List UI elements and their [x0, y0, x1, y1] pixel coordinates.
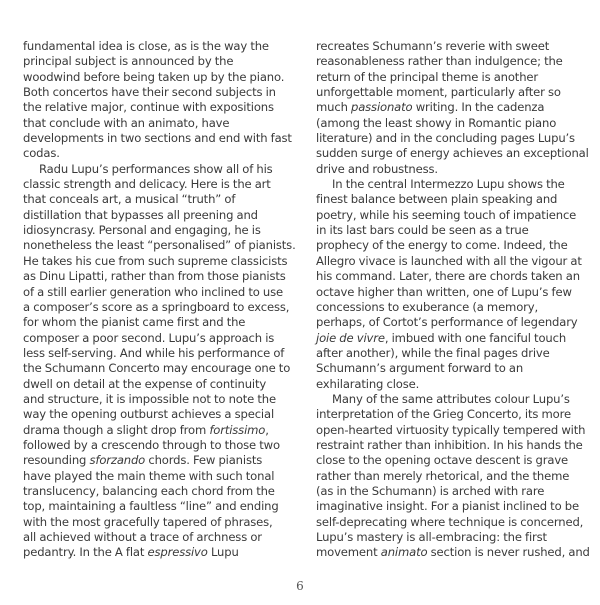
text-segment: Radu Lupu’s performances show all of his	[39, 162, 273, 176]
text-segment: resounding	[23, 453, 90, 467]
text-segment: octave higher than written, one of Lupu’…	[316, 285, 572, 299]
text-segment: as Dinu Lipatti, rather than from those …	[23, 269, 286, 283]
text-line: Lupu’s mastery is all-embracing: the fir…	[316, 530, 598, 545]
text-line: (as in the Schumann) is arched with rare	[316, 484, 598, 499]
text-segment: writing. In the cadenza	[412, 100, 544, 114]
text-line: principal subject is announced by the	[23, 54, 305, 69]
text-segment: drama though a slight drop from	[23, 423, 209, 437]
text-segment: literature) and in the concluding pages …	[316, 131, 575, 145]
text-segment: close to the opening octave descent is g…	[316, 453, 568, 467]
text-segment: developments in two sections and end wit…	[23, 131, 292, 145]
left-text-column: fundamental idea is close, as is the way…	[23, 39, 305, 561]
text-line: nonetheless the least “personalised” of …	[23, 238, 305, 253]
text-segment: principal subject is announced by the	[23, 54, 233, 68]
text-line: open-hearted virtuosity typically temper…	[316, 423, 598, 438]
text-segment: that conceals art, a musical “truth” of	[23, 192, 235, 206]
text-segment: poetry, while his seeming touch of impat…	[316, 208, 576, 222]
italic-term: passionato	[351, 100, 412, 114]
text-segment: and structure, it is impossible not to n…	[23, 392, 276, 406]
text-segment: He takes his cue from such supreme class…	[23, 254, 287, 268]
text-line: Both concertos have their second subject…	[23, 85, 305, 100]
text-line: and structure, it is impossible not to n…	[23, 392, 305, 407]
text-segment: much	[316, 100, 351, 114]
text-line: all achieved without a trace of archness…	[23, 530, 305, 545]
text-line: have played the main theme with such ton…	[23, 469, 305, 484]
text-line: recreates Schumann’s reverie with sweet	[316, 39, 598, 54]
text-segment: In the central Intermezzo Lupu shows the	[332, 177, 565, 191]
text-segment: a composer’s score as a springboard to e…	[23, 300, 289, 314]
text-segment: way the opening outburst achieves a spec…	[23, 407, 274, 421]
text-line: drama though a slight drop from fortissi…	[23, 423, 305, 438]
text-segment: concessions to exuberance (a memory,	[316, 300, 538, 314]
text-segment: recreates Schumann’s reverie with sweet	[316, 39, 549, 53]
text-segment: the Schumann Concerto may encourage one …	[23, 361, 290, 375]
text-line: that conceals art, a musical “truth” of	[23, 192, 305, 207]
text-line: fundamental idea is close, as is the way…	[23, 39, 305, 54]
text-segment: in its last bars could be seen as a true	[316, 223, 529, 237]
text-line: with the most gracefully tapered of phra…	[23, 515, 305, 530]
text-segment: restraint rather than inhibition. In his…	[316, 438, 583, 452]
text-segment: idiosyncrasy. Personal and engaging, he …	[23, 223, 261, 237]
text-segment: exhilarating close.	[316, 377, 419, 391]
text-line: rather than merely rhetorical, and the t…	[316, 469, 598, 484]
text-line: that conclude with an animato, have	[23, 116, 305, 131]
text-line: resounding sforzando chords. Few pianist…	[23, 453, 305, 468]
text-line: translucency, balancing each chord from …	[23, 484, 305, 499]
italic-term: fortissimo	[209, 423, 265, 437]
text-segment: translucency, balancing each chord from …	[23, 484, 275, 498]
text-segment: followed by a crescendo through to those…	[23, 438, 280, 452]
italic-term: animato	[381, 545, 428, 559]
text-segment: pedantry. In the A flat	[23, 545, 148, 559]
text-segment: ,	[265, 423, 269, 437]
italic-term: espressivo	[148, 545, 208, 559]
italic-term: joie de vivre	[316, 331, 385, 345]
text-segment: (among the least showy in Romantic piano	[316, 116, 556, 130]
text-segment: open-hearted virtuosity typically temper…	[316, 423, 585, 437]
text-line: his command. Later, there are chords tak…	[316, 269, 598, 284]
text-segment: of a still earlier generation who inclin…	[23, 285, 283, 299]
text-segment: have played the main theme with such ton…	[23, 469, 274, 483]
text-segment: after another), while the final pages dr…	[316, 346, 550, 360]
right-text-column: recreates Schumann’s reverie with sweetr…	[316, 39, 598, 561]
text-segment: Both concertos have their second subject…	[23, 85, 276, 99]
page-number: 6	[0, 579, 600, 593]
text-segment: the relative major, continue with exposi…	[23, 100, 274, 114]
text-line: in its last bars could be seen as a true	[316, 223, 598, 238]
text-segment: distillation that bypasses all preening …	[23, 208, 258, 222]
text-line: joie de vivre, imbued with one fanciful …	[316, 331, 598, 346]
text-segment: rather than merely rhetorical, and the t…	[316, 469, 569, 483]
text-line: the Schumann Concerto may encourage one …	[23, 361, 305, 376]
text-segment: top, maintaining a faultless “line” and …	[23, 499, 279, 513]
text-line: classic strength and delicacy. Here is t…	[23, 177, 305, 192]
text-segment: Lupu’s mastery is all-embracing: the fir…	[316, 530, 547, 544]
text-line: self-deprecating where technique is conc…	[316, 515, 598, 530]
text-line: as Dinu Lipatti, rather than from those …	[23, 269, 305, 284]
text-segment: imaginative insight. For a pianist incli…	[316, 499, 579, 513]
text-line: finest balance between plain speaking an…	[316, 192, 598, 207]
text-line: He takes his cue from such supreme class…	[23, 254, 305, 269]
text-segment: woodwind before being taken up by the pi…	[23, 70, 284, 84]
text-segment: return of the principal theme is another	[316, 70, 538, 84]
text-line: for whom the pianist came first and the	[23, 315, 305, 330]
text-line: return of the principal theme is another	[316, 70, 598, 85]
text-segment: interpretation of the Grieg Concerto, it…	[316, 407, 571, 421]
text-segment: with the most gracefully tapered of phra…	[23, 515, 273, 529]
text-line: of a still earlier generation who inclin…	[23, 285, 305, 300]
text-line: followed by a crescendo through to those…	[23, 438, 305, 453]
text-segment: Many of the same attributes colour Lupu’…	[332, 392, 570, 406]
text-segment: nonetheless the least “personalised” of …	[23, 238, 296, 252]
text-line: woodwind before being taken up by the pi…	[23, 70, 305, 85]
italic-term: sforzando	[90, 453, 146, 467]
text-line: idiosyncrasy. Personal and engaging, he …	[23, 223, 305, 238]
text-segment: codas.	[23, 146, 60, 160]
text-line: literature) and in the concluding pages …	[316, 131, 598, 146]
text-line: prophecy of the energy to come. Indeed, …	[316, 238, 598, 253]
text-segment: his command. Later, there are chords tak…	[316, 269, 580, 283]
text-segment: classic strength and delicacy. Here is t…	[23, 177, 271, 191]
text-segment: Allegro vivace is launched with all the …	[316, 254, 582, 268]
booklet-page: fundamental idea is close, as is the way…	[0, 0, 600, 605]
text-line: top, maintaining a faultless “line” and …	[23, 499, 305, 514]
text-line: much passionato writing. In the cadenza	[316, 100, 598, 115]
text-line: octave higher than written, one of Lupu’…	[316, 285, 598, 300]
text-line: Allegro vivace is launched with all the …	[316, 254, 598, 269]
text-segment: unforgettable moment, particularly after…	[316, 85, 561, 99]
text-segment: perhaps, of Cortot’s performance of lege…	[316, 315, 578, 329]
text-line: pedantry. In the A flat espressivo Lupu	[23, 545, 305, 560]
text-segment: prophecy of the energy to come. Indeed, …	[316, 238, 568, 252]
text-line: less self-serving. And while his perform…	[23, 346, 305, 361]
text-line: interpretation of the Grieg Concerto, it…	[316, 407, 598, 422]
text-line: unforgettable moment, particularly after…	[316, 85, 598, 100]
text-segment: self-deprecating where technique is conc…	[316, 515, 583, 529]
text-segment: that conclude with an animato, have	[23, 116, 229, 130]
text-segment: movement	[316, 545, 381, 559]
text-line: dwell on detail at the expense of contin…	[23, 377, 305, 392]
text-line: poetry, while his seeming touch of impat…	[316, 208, 598, 223]
text-segment: section is never rushed, and	[427, 545, 589, 559]
text-line: Many of the same attributes colour Lupu’…	[316, 392, 598, 407]
text-line: perhaps, of Cortot’s performance of lege…	[316, 315, 598, 330]
text-segment: all achieved without a trace of archness…	[23, 530, 262, 544]
text-line: Schumann’s argument forward to an	[316, 361, 598, 376]
text-line: drive and robustness.	[316, 162, 598, 177]
text-line: Radu Lupu’s performances show all of his	[23, 162, 305, 177]
text-segment: dwell on detail at the expense of contin…	[23, 377, 266, 391]
text-line: imaginative insight. For a pianist incli…	[316, 499, 598, 514]
text-segment: finest balance between plain speaking an…	[316, 192, 557, 206]
text-line: after another), while the final pages dr…	[316, 346, 598, 361]
text-line: sudden surge of energy achieves an excep…	[316, 146, 598, 161]
text-segment: chords. Few pianists	[145, 453, 262, 467]
text-line: distillation that bypasses all preening …	[23, 208, 305, 223]
text-segment: Lupu	[208, 545, 239, 559]
text-line: movement animato section is never rushed…	[316, 545, 598, 560]
text-segment: composer a poor second. Lupu’s approach …	[23, 331, 274, 345]
text-line: a composer’s score as a springboard to e…	[23, 300, 305, 315]
text-line: codas.	[23, 146, 305, 161]
text-line: exhilarating close.	[316, 377, 598, 392]
text-line: developments in two sections and end wit…	[23, 131, 305, 146]
text-segment: , imbued with one fanciful touch	[385, 331, 566, 345]
text-segment: for whom the pianist came first and the	[23, 315, 245, 329]
text-line: concessions to exuberance (a memory,	[316, 300, 598, 315]
text-segment: less self-serving. And while his perform…	[23, 346, 284, 360]
text-segment: drive and robustness.	[316, 162, 438, 176]
text-segment: fundamental idea is close, as is the way…	[23, 39, 269, 53]
text-line: reasonableness rather than indulgence; t…	[316, 54, 598, 69]
text-segment: Schumann’s argument forward to an	[316, 361, 523, 375]
text-segment: sudden surge of energy achieves an excep…	[316, 146, 589, 160]
text-line: way the opening outburst achieves a spec…	[23, 407, 305, 422]
text-segment: (as in the Schumann) is arched with rare	[316, 484, 544, 498]
text-line: the relative major, continue with exposi…	[23, 100, 305, 115]
text-line: In the central Intermezzo Lupu shows the	[316, 177, 598, 192]
text-line: close to the opening octave descent is g…	[316, 453, 598, 468]
text-segment: reasonableness rather than indulgence; t…	[316, 54, 563, 68]
text-line: restraint rather than inhibition. In his…	[316, 438, 598, 453]
text-line: (among the least showy in Romantic piano	[316, 116, 598, 131]
text-line: composer a poor second. Lupu’s approach …	[23, 331, 305, 346]
